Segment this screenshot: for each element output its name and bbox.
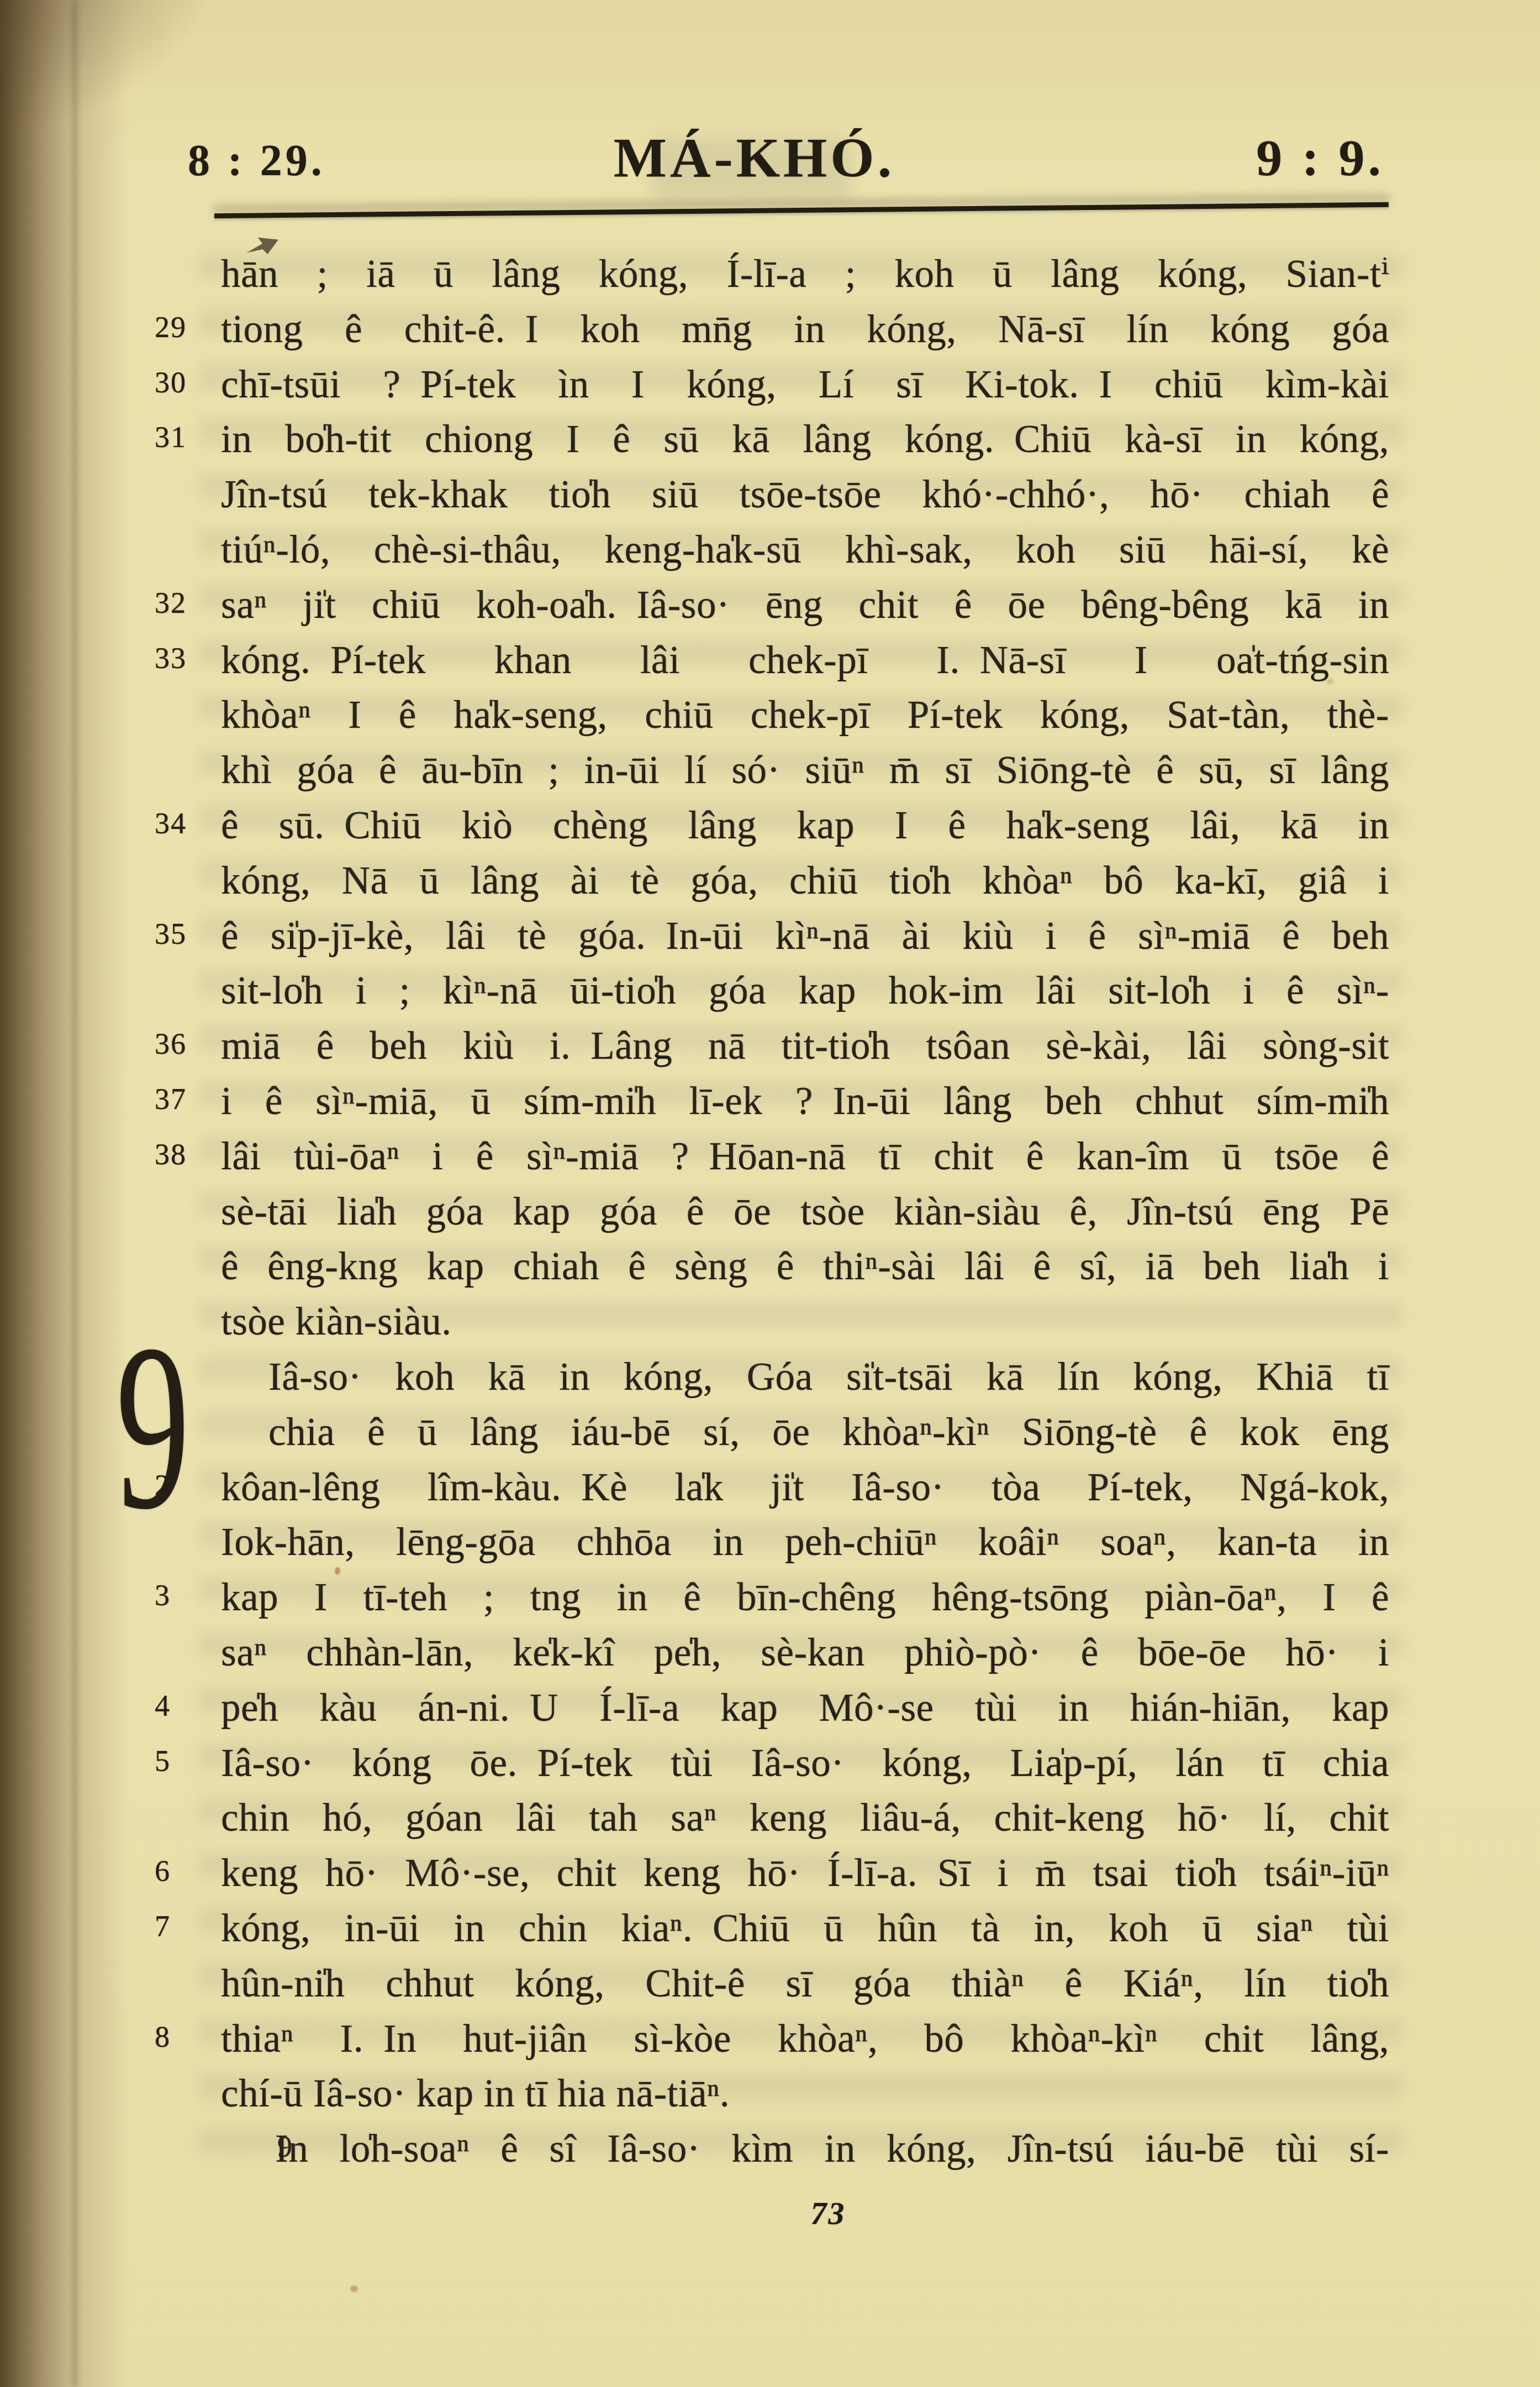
text-line: 29tiong ê chit-ê. I koh mn̄g in kóng, Nā…	[221, 302, 1389, 357]
verse-number: 9	[223, 2120, 256, 2175]
text-line: 30chī-tsūi ? Pí-tek ìn I kóng, Lí sī Ki-…	[221, 357, 1389, 413]
text-line: 34ê sū. Chiū kiò chèng lâng kap I ê ha̍k…	[221, 798, 1389, 854]
scripture-text-block: hān ; iā ū lâng kóng, Í-lī-a ; koh ū lân…	[221, 247, 1389, 2177]
line-text: tiong ê chit-ê. I koh mn̄g in kóng, Nā-s…	[221, 308, 1389, 351]
line-text: chí-ū Iâ-so· kap in tī hia nā-tiāⁿ.	[221, 2072, 730, 2115]
text-line: 5Iâ-so· kóng ōe. Pí-tek tùi Iâ-so· kóng,…	[221, 1736, 1389, 1791]
line-text: Iâ-so· kóng ōe. Pí-tek tùi Iâ-so· kóng, …	[221, 1742, 1389, 1785]
paper-stain	[1327, 679, 1333, 684]
line-text: Iok-hān, lēng-gōa chhōa in peh-chiūⁿ koâ…	[221, 1521, 1389, 1564]
line-text: saⁿ chhàn-lān, ke̍k-kî pe̍h, sè-kan phiò…	[221, 1631, 1389, 1674]
verse-number: 31	[155, 410, 203, 465]
text-line: tiúⁿ-ló, chè-si-thâu, keng-ha̍k-sū khì-s…	[221, 523, 1389, 578]
text-line: tsòe kiàn-siàu.	[221, 1295, 1389, 1350]
text-line: ê êng-kng kap chiah ê sèng ê thiⁿ-sài lâ…	[221, 1239, 1389, 1295]
text-line: 3kap I tī-teh ; tng in ê bīn-chêng hêng-…	[221, 1570, 1389, 1626]
verse-number: 8	[155, 2010, 203, 2065]
line-text: In lo̍h-soaⁿ ê sî Iâ-so· kìm in kóng, Jî…	[275, 2127, 1389, 2170]
verse-number: 36	[155, 1017, 203, 1072]
line-text: in bo̍h-tit chiong I ê sū kā lâng kóng. …	[221, 418, 1389, 461]
line-text: chī-tsūi ? Pí-tek ìn I kóng, Lí sī Ki-to…	[221, 363, 1389, 406]
line-text: thiaⁿ I. In hut-jiân sì-kòe khòaⁿ, bô kh…	[221, 2017, 1389, 2060]
verse-number: 3	[155, 1568, 203, 1623]
line-text: tsòe kiàn-siàu.	[221, 1300, 452, 1343]
text-line: sè-tāi lia̍h góa kap góa ê ōe tsòe kiàn-…	[221, 1185, 1389, 1240]
chapter-drop-cap: 9	[116, 1308, 189, 1546]
line-text: hān ; iā ū lâng kóng, Í-lī-a ; koh ū lân…	[221, 253, 1389, 296]
line-text: kap I tī-teh ; tng in ê bīn-chêng hêng-t…	[221, 1576, 1389, 1619]
line-text: chin hó, góan lâi tah saⁿ keng liâu-á, c…	[221, 1796, 1389, 1839]
line-text: keng hō· Mô·-se, chit keng hō· Í-lī-a. S…	[221, 1852, 1389, 1895]
text-line: chia ê ū lâng iáu-bē sí, ōe khòaⁿ-kìⁿ Si…	[268, 1405, 1389, 1460]
paper-stain	[350, 2285, 358, 2292]
line-text: hûn-ni̍h chhut kóng, Chit-ê sī góa thiàⁿ…	[221, 1962, 1389, 2005]
text-line: kóng, Nā ū lâng ài tè góa, chiū tio̍h kh…	[221, 854, 1389, 909]
text-line: Iâ-so· koh kā in kóng, Góa si̍t-tsāi kā …	[268, 1350, 1389, 1405]
line-text: miā ê beh kiù i. Lâng nā tit-tio̍h tsôan…	[221, 1024, 1389, 1068]
line-text: saⁿ ji̍t chiū koh-oa̍h. Iâ-so· ēng chit …	[221, 583, 1389, 627]
text-line: 38lâi tùi-ōaⁿ i ê sìⁿ-miā ? Hōan-nā tī c…	[221, 1129, 1389, 1185]
text-line: 9In lo̍h-soaⁿ ê sî Iâ-so· kìm in kóng, J…	[221, 2122, 1389, 2177]
verse-number: 7	[155, 1899, 203, 1954]
line-text: lâi tùi-ōaⁿ i ê sìⁿ-miā ? Hōan-nā tī chi…	[221, 1135, 1389, 1178]
book-page: 8 : 29. MÁ-KHÓ. 9 : 9. hān ; iā ū lâng k…	[0, 0, 1540, 2387]
text-line: 32saⁿ ji̍t chiū koh-oa̍h. Iâ-so· ēng chi…	[221, 578, 1389, 633]
text-line: Iok-hān, lēng-gōa chhōa in peh-chiūⁿ koâ…	[221, 1515, 1389, 1570]
header-rule	[214, 202, 1389, 218]
verse-number: 6	[155, 1844, 203, 1899]
verse-number: 33	[155, 631, 203, 686]
text-line: 6keng hō· Mô·-se, chit keng hō· Í-lī-a. …	[221, 1846, 1389, 1901]
line-text: sit-lo̍h i ; kìⁿ-nā ūi-tio̍h góa kap hok…	[221, 969, 1389, 1012]
line-text: kóng, Nā ū lâng ài tè góa, chiū tio̍h kh…	[221, 859, 1389, 902]
text-line: hûn-ni̍h chhut kóng, Chit-ê sī góa thiàⁿ…	[221, 1957, 1389, 2012]
binding-gutter-shadow	[70, 0, 80, 2387]
line-text: ê sū. Chiū kiò chèng lâng kap I ê ha̍k-s…	[221, 804, 1389, 847]
line-text: pe̍h kàu án-ni. U Í-lī-a kap Mô·-se tùi …	[221, 1686, 1389, 1729]
verse-number: 4	[155, 1679, 203, 1734]
verse-number: 30	[155, 355, 203, 411]
text-line: khì góa ê āu-bīn ; in-ūi lí só· siūⁿ m̄ …	[221, 743, 1389, 798]
text-line: 4pe̍h kàu án-ni. U Í-lī-a kap Mô·-se tùi…	[221, 1681, 1389, 1736]
page-title: MÁ-KHÓ.	[170, 126, 1338, 191]
line-text: sè-tāi lia̍h góa kap góa ê ōe tsòe kiàn-…	[221, 1190, 1389, 1233]
text-line: 31in bo̍h-tit chiong I ê sū kā lâng kóng…	[221, 412, 1389, 467]
verse-number: 29	[155, 300, 203, 355]
line-text: tiúⁿ-ló, chè-si-thâu, keng-ha̍k-sū khì-s…	[221, 528, 1389, 571]
verse-number: 35	[155, 907, 203, 962]
line-text: kóng, in-ūi in chin kiaⁿ. Chiū ū hûn tà …	[221, 1907, 1389, 1950]
text-line: chí-ū Iâ-so· kap in tī hia nā-tiāⁿ.	[221, 2067, 1389, 2122]
text-line: 36miā ê beh kiù i. Lâng nā tit-tio̍h tsô…	[221, 1019, 1389, 1074]
text-line: 33kóng. Pí-tek khan lâi chek-pī I. Nā-sī…	[221, 633, 1389, 688]
line-text: kôan-lêng lîm-kàu. Kè la̍k ji̍t Iâ-so· t…	[221, 1466, 1389, 1509]
paper-stain	[335, 1567, 340, 1575]
text-line: khòaⁿ I ê ha̍k-seng, chiū chek-pī Pí-tek…	[221, 688, 1389, 743]
verse-number: 37	[155, 1072, 203, 1127]
text-line: saⁿ chhàn-lān, ke̍k-kî pe̍h, sè-kan phiò…	[221, 1626, 1389, 1681]
text-line: chin hó, góan lâi tah saⁿ keng liâu-á, c…	[221, 1791, 1389, 1846]
verse-number: 5	[155, 1734, 203, 1789]
text-line: 7kóng, in-ūi in chin kiaⁿ. Chiū ū hûn tà…	[221, 1901, 1389, 1957]
text-line: sit-lo̍h i ; kìⁿ-nā ūi-tio̍h góa kap hok…	[221, 964, 1389, 1019]
line-text: i ê sìⁿ-miā, ū sím-mi̍h lī-ek ? In-ūi lâ…	[221, 1080, 1389, 1123]
line-text: khòaⁿ I ê ha̍k-seng, chiū chek-pī Pí-tek…	[221, 693, 1389, 737]
text-line: 2kôan-lêng lîm-kàu. Kè la̍k ji̍t Iâ-so· …	[221, 1460, 1389, 1516]
text-line: Jîn-tsú tek-khak tio̍h siū tsōe-tsōe khó…	[221, 467, 1389, 523]
verse-number: 32	[155, 576, 203, 631]
verse-number: 38	[155, 1127, 203, 1182]
line-text: ê si̍p-jī-kè, lâi tè góa. In-ūi kìⁿ-nā à…	[221, 914, 1389, 958]
text-line: hān ; iā ū lâng kóng, Í-lī-a ; koh ū lân…	[221, 247, 1389, 302]
line-text: Iâ-so· koh kā in kóng, Góa si̍t-tsāi kā …	[268, 1355, 1389, 1398]
verse-number: 34	[155, 796, 203, 851]
page-number: 73	[244, 2195, 1412, 2232]
line-text: kóng. Pí-tek khan lâi chek-pī I. Nā-sī I…	[221, 639, 1389, 682]
header-verse-ref-right: 9 : 9.	[1256, 128, 1384, 188]
text-line: 37i ê sìⁿ-miā, ū sím-mi̍h lī-ek ? In-ūi …	[221, 1074, 1389, 1129]
line-text: ê êng-kng kap chiah ê sèng ê thiⁿ-sài lâ…	[221, 1245, 1389, 1288]
line-text: khì góa ê āu-bīn ; in-ūi lí só· siūⁿ m̄ …	[221, 749, 1389, 792]
line-text: chia ê ū lâng iáu-bē sí, ōe khòaⁿ-kìⁿ Si…	[268, 1411, 1389, 1454]
line-text: Jîn-tsú tek-khak tio̍h siū tsōe-tsōe khó…	[221, 473, 1389, 516]
text-line: 35ê si̍p-jī-kè, lâi tè góa. In-ūi kìⁿ-nā…	[221, 909, 1389, 964]
text-line: 8thiaⁿ I. In hut-jiân sì-kòe khòaⁿ, bô k…	[221, 2012, 1389, 2067]
